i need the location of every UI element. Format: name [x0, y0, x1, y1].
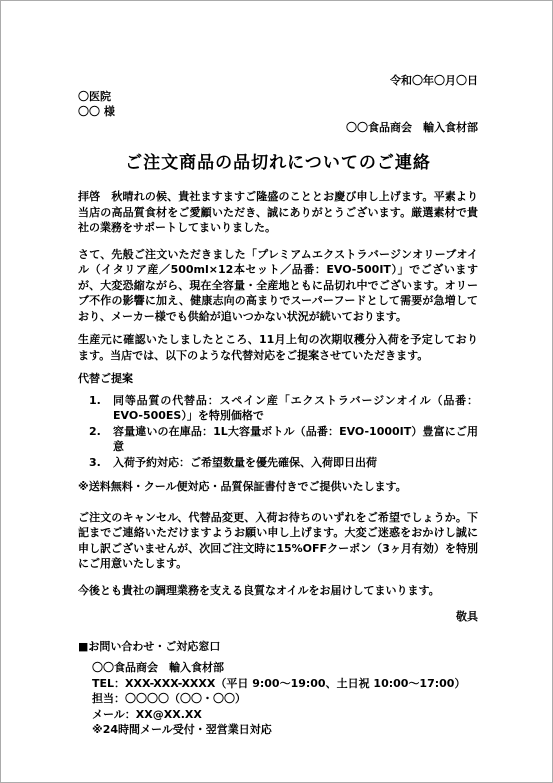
- paragraph-situation: さて、先般ご注文いただきました「プレミアムエクストラバージンオリーブオイル（イタ…: [78, 247, 478, 325]
- paragraph-greeting: 拝啓 秋晴れの候、貴社ますますご隆盛のこととお慶び申し上げます。平素より当店の高…: [78, 189, 478, 236]
- document-title: ご注文商品の品切れについてのご連絡: [78, 152, 478, 174]
- service-note: ※送料無料・クール便対応・品質保証書付きでご提供いたします。: [78, 479, 478, 495]
- paragraph-request: ご注文のキャンセル、代替品変更、入荷お待ちのいずれをご希望でしょうか。下記までご…: [78, 510, 478, 572]
- contact-email: メール：XX@XX.XX: [92, 707, 478, 723]
- contact-block: 〇〇食品商会 輸入食材部 TEL：XXX-XXX-XXXX（平日 9:00～19…: [78, 660, 478, 738]
- sender-line: 〇〇食品商会 輸入食材部: [78, 120, 478, 136]
- proposal-heading: 代替ご提案: [78, 371, 478, 387]
- paragraph-restock: 生産元に確認いたしましたところ、11月上旬の次期収穫分入荷を予定しております。当…: [78, 332, 478, 363]
- closing-word: 敬具: [78, 609, 478, 625]
- contact-note: ※24時間メール受付・翌営業日対応: [92, 722, 478, 738]
- contact-company: 〇〇食品商会 輸入食材部: [92, 660, 478, 676]
- date-line: 令和〇年〇月〇日: [78, 73, 478, 89]
- proposal-list: 同等品質の代替品：スペイン産「エクストラバージンオイル（品番：EVO-500ES…: [78, 393, 478, 471]
- letter-page: 令和〇年〇月〇日 〇医院 〇〇 様 〇〇食品商会 輸入食材部 ご注文商品の品切れ…: [0, 0, 553, 783]
- contact-tel: TEL：XXX-XXX-XXXX（平日 9:00～19:00、土日祝 10:00…: [92, 676, 478, 692]
- proposal-item-2: 容量違いの在庫品：1L大容量ボトル（品番：EVO-1000IT）豊富にご用意: [89, 424, 478, 455]
- proposal-item-3: 入荷予約対応：ご希望数量を優先確保、入荷即日出荷: [89, 455, 478, 471]
- recipient-facility: 〇医院: [78, 89, 478, 105]
- proposal-item-1: 同等品質の代替品：スペイン産「エクストラバージンオイル（品番：EVO-500ES…: [89, 393, 478, 424]
- recipient-name: 〇〇 様: [78, 104, 478, 120]
- paragraph-outro: 今後とも貴社の調理業務を支える良質なオイルをお届けしてまいります。: [78, 583, 478, 599]
- contact-person: 担当：〇〇〇〇（〇〇・〇〇）: [92, 691, 478, 707]
- contact-heading: ■お問い合わせ・ご対応窓口: [78, 639, 478, 655]
